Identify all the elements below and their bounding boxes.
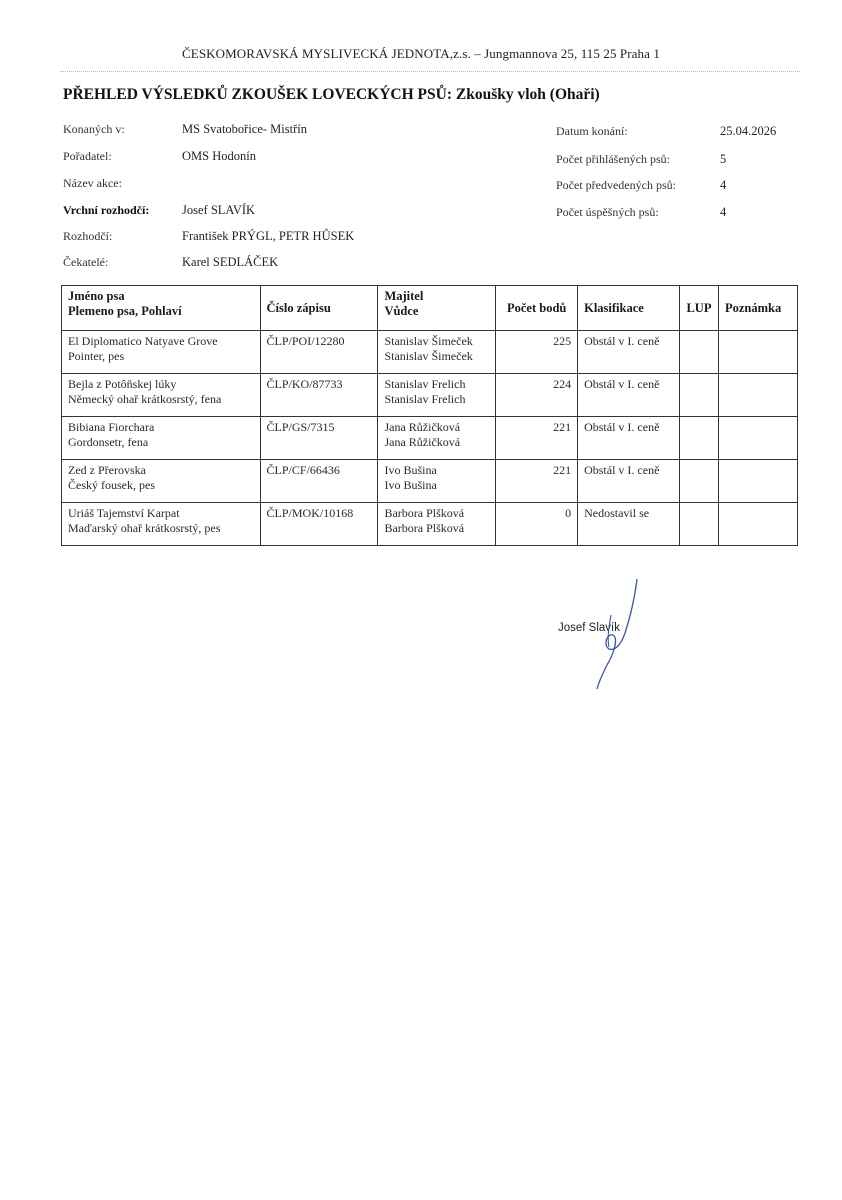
cell-dog: Bibiana FiorcharaGordonsetr, fena bbox=[62, 417, 261, 460]
label-judges: Rozhodčí: bbox=[63, 229, 112, 244]
value-successful-dogs: 4 bbox=[720, 205, 726, 220]
cell-note bbox=[718, 503, 797, 546]
header-lup: LUP bbox=[679, 286, 718, 331]
label-registered-dogs: Počet přihlášených psů: bbox=[556, 152, 670, 167]
cell-dog: Uriáš Tajemství KarpatMaďarský ohař krát… bbox=[62, 503, 261, 546]
cell-lup bbox=[679, 374, 718, 417]
results-table: Jméno psa Plemeno psa, Pohlaví Číslo záp… bbox=[61, 285, 798, 546]
value-presented-dogs: 4 bbox=[720, 178, 726, 193]
cell-note bbox=[718, 417, 797, 460]
cell-dog: El Diplomatico Natyave GrovePointer, pes bbox=[62, 331, 261, 374]
table-header-row: Jméno psa Plemeno psa, Pohlaví Číslo záp… bbox=[62, 286, 798, 331]
cell-points: 225 bbox=[496, 331, 578, 374]
header-registry: Číslo zápisu bbox=[260, 286, 378, 331]
label-presented-dogs: Počet předvedených psů: bbox=[556, 178, 676, 193]
cell-classification: Obstál v I. ceně bbox=[578, 460, 680, 503]
header-note: Poznámka bbox=[718, 286, 797, 331]
cell-owner-handler: Stanislav FrelichStanislav Frelich bbox=[378, 374, 496, 417]
table-row: Bibiana FiorcharaGordonsetr, fenaČLP/GS/… bbox=[62, 417, 798, 460]
cell-note bbox=[718, 331, 797, 374]
label-chief-judge: Vrchní rozhodčí: bbox=[63, 203, 149, 218]
value-organizer: OMS Hodonín bbox=[182, 149, 256, 164]
cell-registry: ČLP/CF/66436 bbox=[260, 460, 378, 503]
cell-lup bbox=[679, 460, 718, 503]
cell-classification: Obstál v I. ceně bbox=[578, 331, 680, 374]
header-points: Počet bodů bbox=[496, 286, 578, 331]
label-event-name: Název akce: bbox=[63, 176, 122, 191]
value-date: 25.04.2026 bbox=[720, 124, 776, 139]
signature-scribble-icon bbox=[585, 575, 645, 695]
header-classification: Klasifikace bbox=[578, 286, 680, 331]
cell-note bbox=[718, 374, 797, 417]
label-location: Konaných v: bbox=[63, 122, 125, 137]
cell-classification: Nedostavil se bbox=[578, 503, 680, 546]
cell-lup bbox=[679, 331, 718, 374]
value-trainees: Karel SEDLÁČEK bbox=[182, 255, 278, 270]
cell-registry: ČLP/POI/12280 bbox=[260, 331, 378, 374]
label-successful-dogs: Počet úspěšných psů: bbox=[556, 205, 659, 220]
label-date: Datum konání: bbox=[556, 124, 628, 139]
label-trainees: Čekatelé: bbox=[63, 255, 108, 270]
cell-owner-handler: Ivo BušinaIvo Bušina bbox=[378, 460, 496, 503]
label-organizer: Pořadatel: bbox=[63, 149, 112, 164]
table-row: Uriáš Tajemství KarpatMaďarský ohař krát… bbox=[62, 503, 798, 546]
header-owner: Majitel Vůdce bbox=[378, 286, 496, 331]
cell-note bbox=[718, 460, 797, 503]
cell-dog: Bejla z Potôňskej lúkyNěmecký ohař krátk… bbox=[62, 374, 261, 417]
cell-lup bbox=[679, 503, 718, 546]
value-location: MS Svatobořice- Mistřín bbox=[182, 122, 307, 137]
value-registered-dogs: 5 bbox=[720, 152, 726, 167]
table-row: Bejla z Potôňskej lúkyNěmecký ohař krátk… bbox=[62, 374, 798, 417]
cell-classification: Obstál v I. ceně bbox=[578, 417, 680, 460]
cell-owner-handler: Barbora PlškováBarbora Plšková bbox=[378, 503, 496, 546]
table-row: Zed z PřerovskaČeský fousek, pesČLP/CF/6… bbox=[62, 460, 798, 503]
table-row: El Diplomatico Natyave GrovePointer, pes… bbox=[62, 331, 798, 374]
header-name: Jméno psa Plemeno psa, Pohlaví bbox=[62, 286, 261, 331]
cell-lup bbox=[679, 417, 718, 460]
cell-dog: Zed z PřerovskaČeský fousek, pes bbox=[62, 460, 261, 503]
cell-registry: ČLP/GS/7315 bbox=[260, 417, 378, 460]
value-judges: František PRÝGL, PETR HŮSEK bbox=[182, 229, 354, 244]
cell-classification: Obstál v I. ceně bbox=[578, 374, 680, 417]
cell-points: 224 bbox=[496, 374, 578, 417]
cell-points: 221 bbox=[496, 460, 578, 503]
cell-owner-handler: Stanislav ŠimečekStanislav Šimeček bbox=[378, 331, 496, 374]
cell-points: 0 bbox=[496, 503, 578, 546]
cell-owner-handler: Jana RůžičkováJana Růžičková bbox=[378, 417, 496, 460]
organization-header: ČESKOMORAVSKÁ MYSLIVECKÁ JEDNOTA,z.s. – … bbox=[0, 46, 842, 62]
cell-registry: ČLP/KO/87733 bbox=[260, 374, 378, 417]
cell-registry: ČLP/MOK/10168 bbox=[260, 503, 378, 546]
cell-points: 221 bbox=[496, 417, 578, 460]
value-chief-judge: Josef SLAVÍK bbox=[182, 203, 255, 218]
document-title: PŘEHLED VÝSLEDKŮ ZKOUŠEK LOVECKÝCH PSŮ: … bbox=[63, 86, 600, 104]
header-divider bbox=[60, 71, 800, 72]
